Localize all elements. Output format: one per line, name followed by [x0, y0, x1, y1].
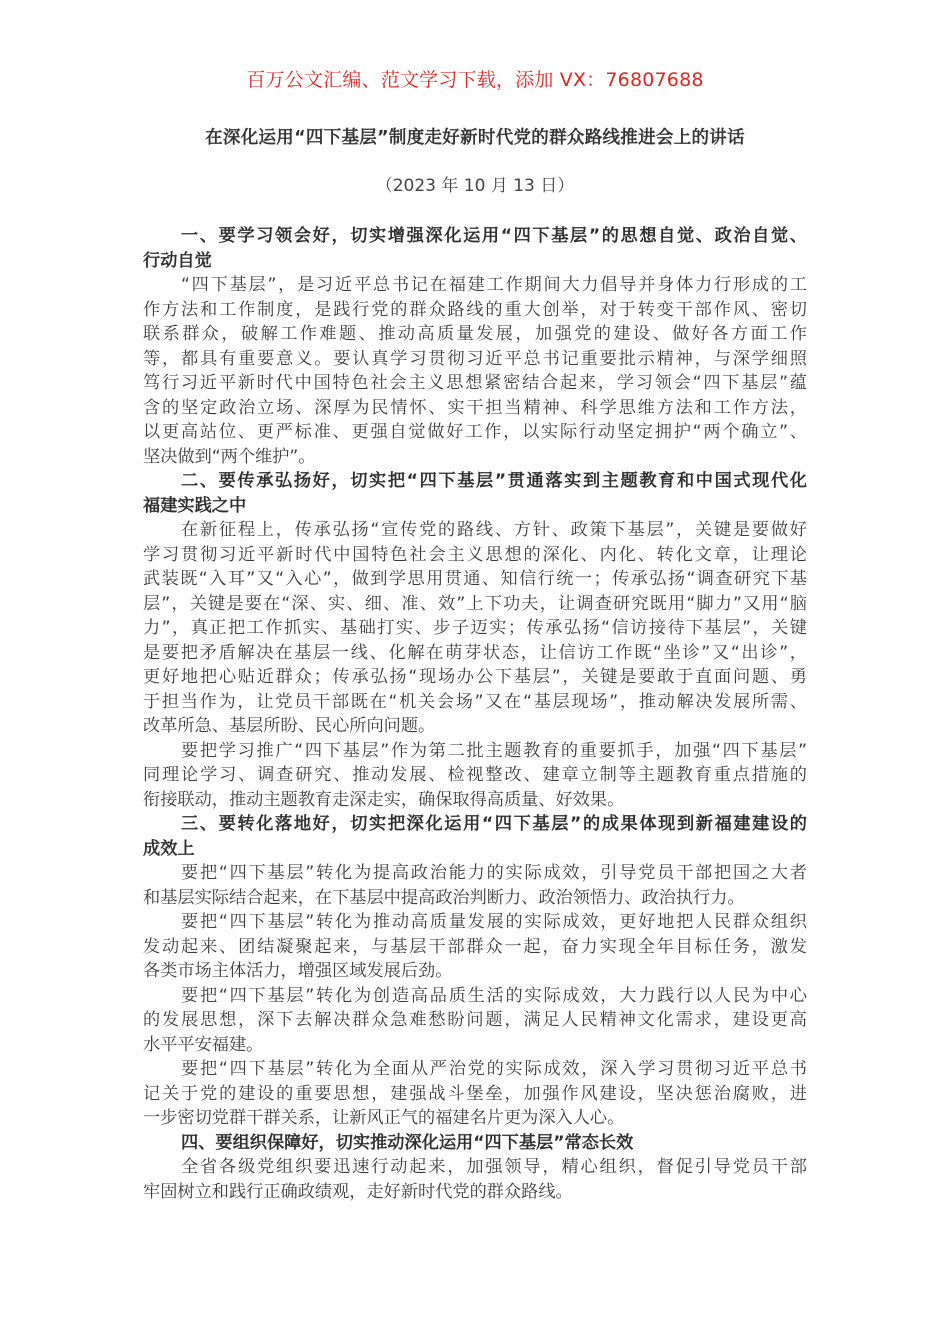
- document-date: （2023 年 10 月 13 日）: [0, 173, 950, 199]
- text-line: 二、要传承弘扬好，切实把“四下基层”贯通落实到主题教育和中国式现代化: [143, 469, 807, 494]
- text-line: 牢固树立和践行正确政绩观，走好新时代党的群众路线。: [143, 1180, 807, 1205]
- text-line: 和基层实际结合起来，在下基层中提高政治判断力、政治领悟力、政治执行力。: [143, 886, 807, 911]
- text-line: 在新征程上，传承弘扬“宣传党的路线、方针、政策下基层”，关键是要做好: [143, 518, 807, 543]
- text-line: 三、要转化落地好，切实把深化运用“四下基层”的成果体现到新福建建设的: [143, 812, 807, 837]
- text-line: 衔接联动，推动主题教育走深走实，确保取得高质量、好效果。: [143, 788, 807, 813]
- text-line: 发动起来、团结凝聚起来，与基层干部群众一起，奋力实现全年目标任务，激发: [143, 935, 807, 960]
- text-line: 的发展思想，深下去解决群众急难愁盼问题，满足人民精神文化需求，建设更高: [143, 1008, 807, 1033]
- text-line: 一、要学习领会好，切实增强深化运用“四下基层”的思想自觉、政治自觉、: [143, 224, 807, 249]
- text-line: 含的坚定政治立场、深厚为民情怀、实干担当精神、科学思维方法和工作方法，: [143, 396, 807, 421]
- text-line: 作方法和工作制度，是践行党的群众路线的重大创举，对于转变干部作风、密切: [143, 298, 807, 323]
- text-line: 水平平安福建。: [143, 1033, 807, 1058]
- text-line: 坚决做到“两个维护”。: [143, 445, 807, 470]
- document-body: 一、要学习领会好，切实增强深化运用“四下基层”的思想自觉、政治自觉、 行动自觉 …: [143, 224, 807, 1204]
- text-line: 同理论学习、调查研究、推动发展、检视整改、建章立制等主题教育重点措施的: [143, 763, 807, 788]
- text-line: 等，都具有重要意义。要认真学习贯彻习近平总书记重要批示精神，与深学细照: [143, 347, 807, 372]
- document-page: 百万公文汇编、范文学习下载，添加 VX：76807688 在深化运用“四下基层”…: [0, 0, 950, 1344]
- text-line: 福建实践之中: [143, 494, 807, 519]
- text-line: 更好地把心贴近群众；传承弘扬“现场办公下基层”，关键是要敢于直面问题、勇: [143, 665, 807, 690]
- text-line: 全省各级党组织要迅速行动起来，加强领导，精心组织，督促引导党员干部: [143, 1155, 807, 1180]
- text-line: 力”，真正把工作抓实、基础打实、步子迈实；传承弘扬“信访接待下基层”，关键: [143, 616, 807, 641]
- section-heading-3: 三、要转化落地好，切实把深化运用“四下基层”的成果体现到新福建建设的 成效上: [143, 812, 807, 861]
- watermark-banner: 百万公文汇编、范文学习下载，添加 VX：76807688: [0, 66, 950, 94]
- text-line: 行动自觉: [143, 249, 807, 274]
- text-line: 以更高站位、更严标准、更强自觉做好工作，以实际行动坚定拥护“两个确立”、: [143, 420, 807, 445]
- text-line: 四、要组织保障好，切实推动深化运用“四下基层”常态长效: [143, 1131, 807, 1156]
- document-title: 在深化运用“四下基层”制度走好新时代党的群众路线推进会上的讲话: [0, 125, 950, 151]
- section-heading-2: 二、要传承弘扬好，切实把“四下基层”贯通落实到主题教育和中国式现代化 福建实践之…: [143, 469, 807, 518]
- paragraph: 在新征程上，传承弘扬“宣传党的路线、方针、政策下基层”，关键是要做好 学习贯彻习…: [143, 518, 807, 739]
- text-line: 联系群众，破解工作难题、推动高质量发展，加强党的建设、做好各方面工作: [143, 322, 807, 347]
- section-heading-1: 一、要学习领会好，切实增强深化运用“四下基层”的思想自觉、政治自觉、 行动自觉: [143, 224, 807, 273]
- text-line: 要把学习推广“四下基层”作为第二批主题教育的重要抓手，加强“四下基层”: [143, 739, 807, 764]
- text-line: 武装既“入耳”又“入心”，做到学思用贯通、知信行统一；传承弘扬“调查研究下基: [143, 567, 807, 592]
- text-line: 要把“四下基层”转化为推动高质量发展的实际成效，更好地把人民群众组织: [143, 910, 807, 935]
- text-line: 要把“四下基层”转化为创造高品质生活的实际成效，大力践行以人民为中心: [143, 984, 807, 1009]
- paragraph: 要把学习推广“四下基层”作为第二批主题教育的重要抓手，加强“四下基层” 同理论学…: [143, 739, 807, 813]
- text-line: 记关于党的建设的重要思想，建强战斗堡垒，加强作风建设，坚决惩治腐败，进: [143, 1082, 807, 1107]
- text-line: 改革所急、基层所盼、民心所向问题。: [143, 714, 807, 739]
- section-heading-4: 四、要组织保障好，切实推动深化运用“四下基层”常态长效: [143, 1131, 807, 1156]
- paragraph: “四下基层”，是习近平总书记在福建工作期间大力倡导并身体力行形成的工 作方法和工…: [143, 273, 807, 469]
- text-line: 要把“四下基层”转化为提高政治能力的实际成效，引导党员干部把国之大者: [143, 861, 807, 886]
- text-line: 笃行习近平新时代中国特色社会主义思想紧密结合起来，学习领会“四下基层”蕴: [143, 371, 807, 396]
- text-line: “四下基层”，是习近平总书记在福建工作期间大力倡导并身体力行形成的工: [143, 273, 807, 298]
- text-line: 于担当作为，让党员干部既在“机关会场”又在“基层现场”，推动解决发展所需、: [143, 690, 807, 715]
- text-line: 要把“四下基层”转化为全面从严治党的实际成效，深入学习贯彻习近平总书: [143, 1057, 807, 1082]
- paragraph: 全省各级党组织要迅速行动起来，加强领导，精心组织，督促引导党员干部 牢固树立和践…: [143, 1155, 807, 1204]
- text-line: 是要把矛盾解决在基层一线、化解在萌芽状态，让信访工作既“坐诊”又“出诊”，: [143, 641, 807, 666]
- paragraph: 要把“四下基层”转化为提高政治能力的实际成效，引导党员干部把国之大者 和基层实际…: [143, 861, 807, 910]
- paragraph: 要把“四下基层”转化为创造高品质生活的实际成效，大力践行以人民为中心 的发展思想…: [143, 984, 807, 1058]
- text-line: 一步密切党群干群关系，让新风正气的福建名片更为深入人心。: [143, 1106, 807, 1131]
- text-line: 各类市场主体活力，增强区域发展后劲。: [143, 959, 807, 984]
- text-line: 层”，关键是要在“深、实、细、准、效”上下功夫，让调查研究既用“脚力”又用“脑: [143, 592, 807, 617]
- paragraph: 要把“四下基层”转化为全面从严治党的实际成效，深入学习贯彻习近平总书 记关于党的…: [143, 1057, 807, 1131]
- text-line: 成效上: [143, 837, 807, 862]
- text-line: 学习贯彻习近平新时代中国特色社会主义思想的深化、内化、转化文章，让理论: [143, 543, 807, 568]
- paragraph: 要把“四下基层”转化为推动高质量发展的实际成效，更好地把人民群众组织 发动起来、…: [143, 910, 807, 984]
